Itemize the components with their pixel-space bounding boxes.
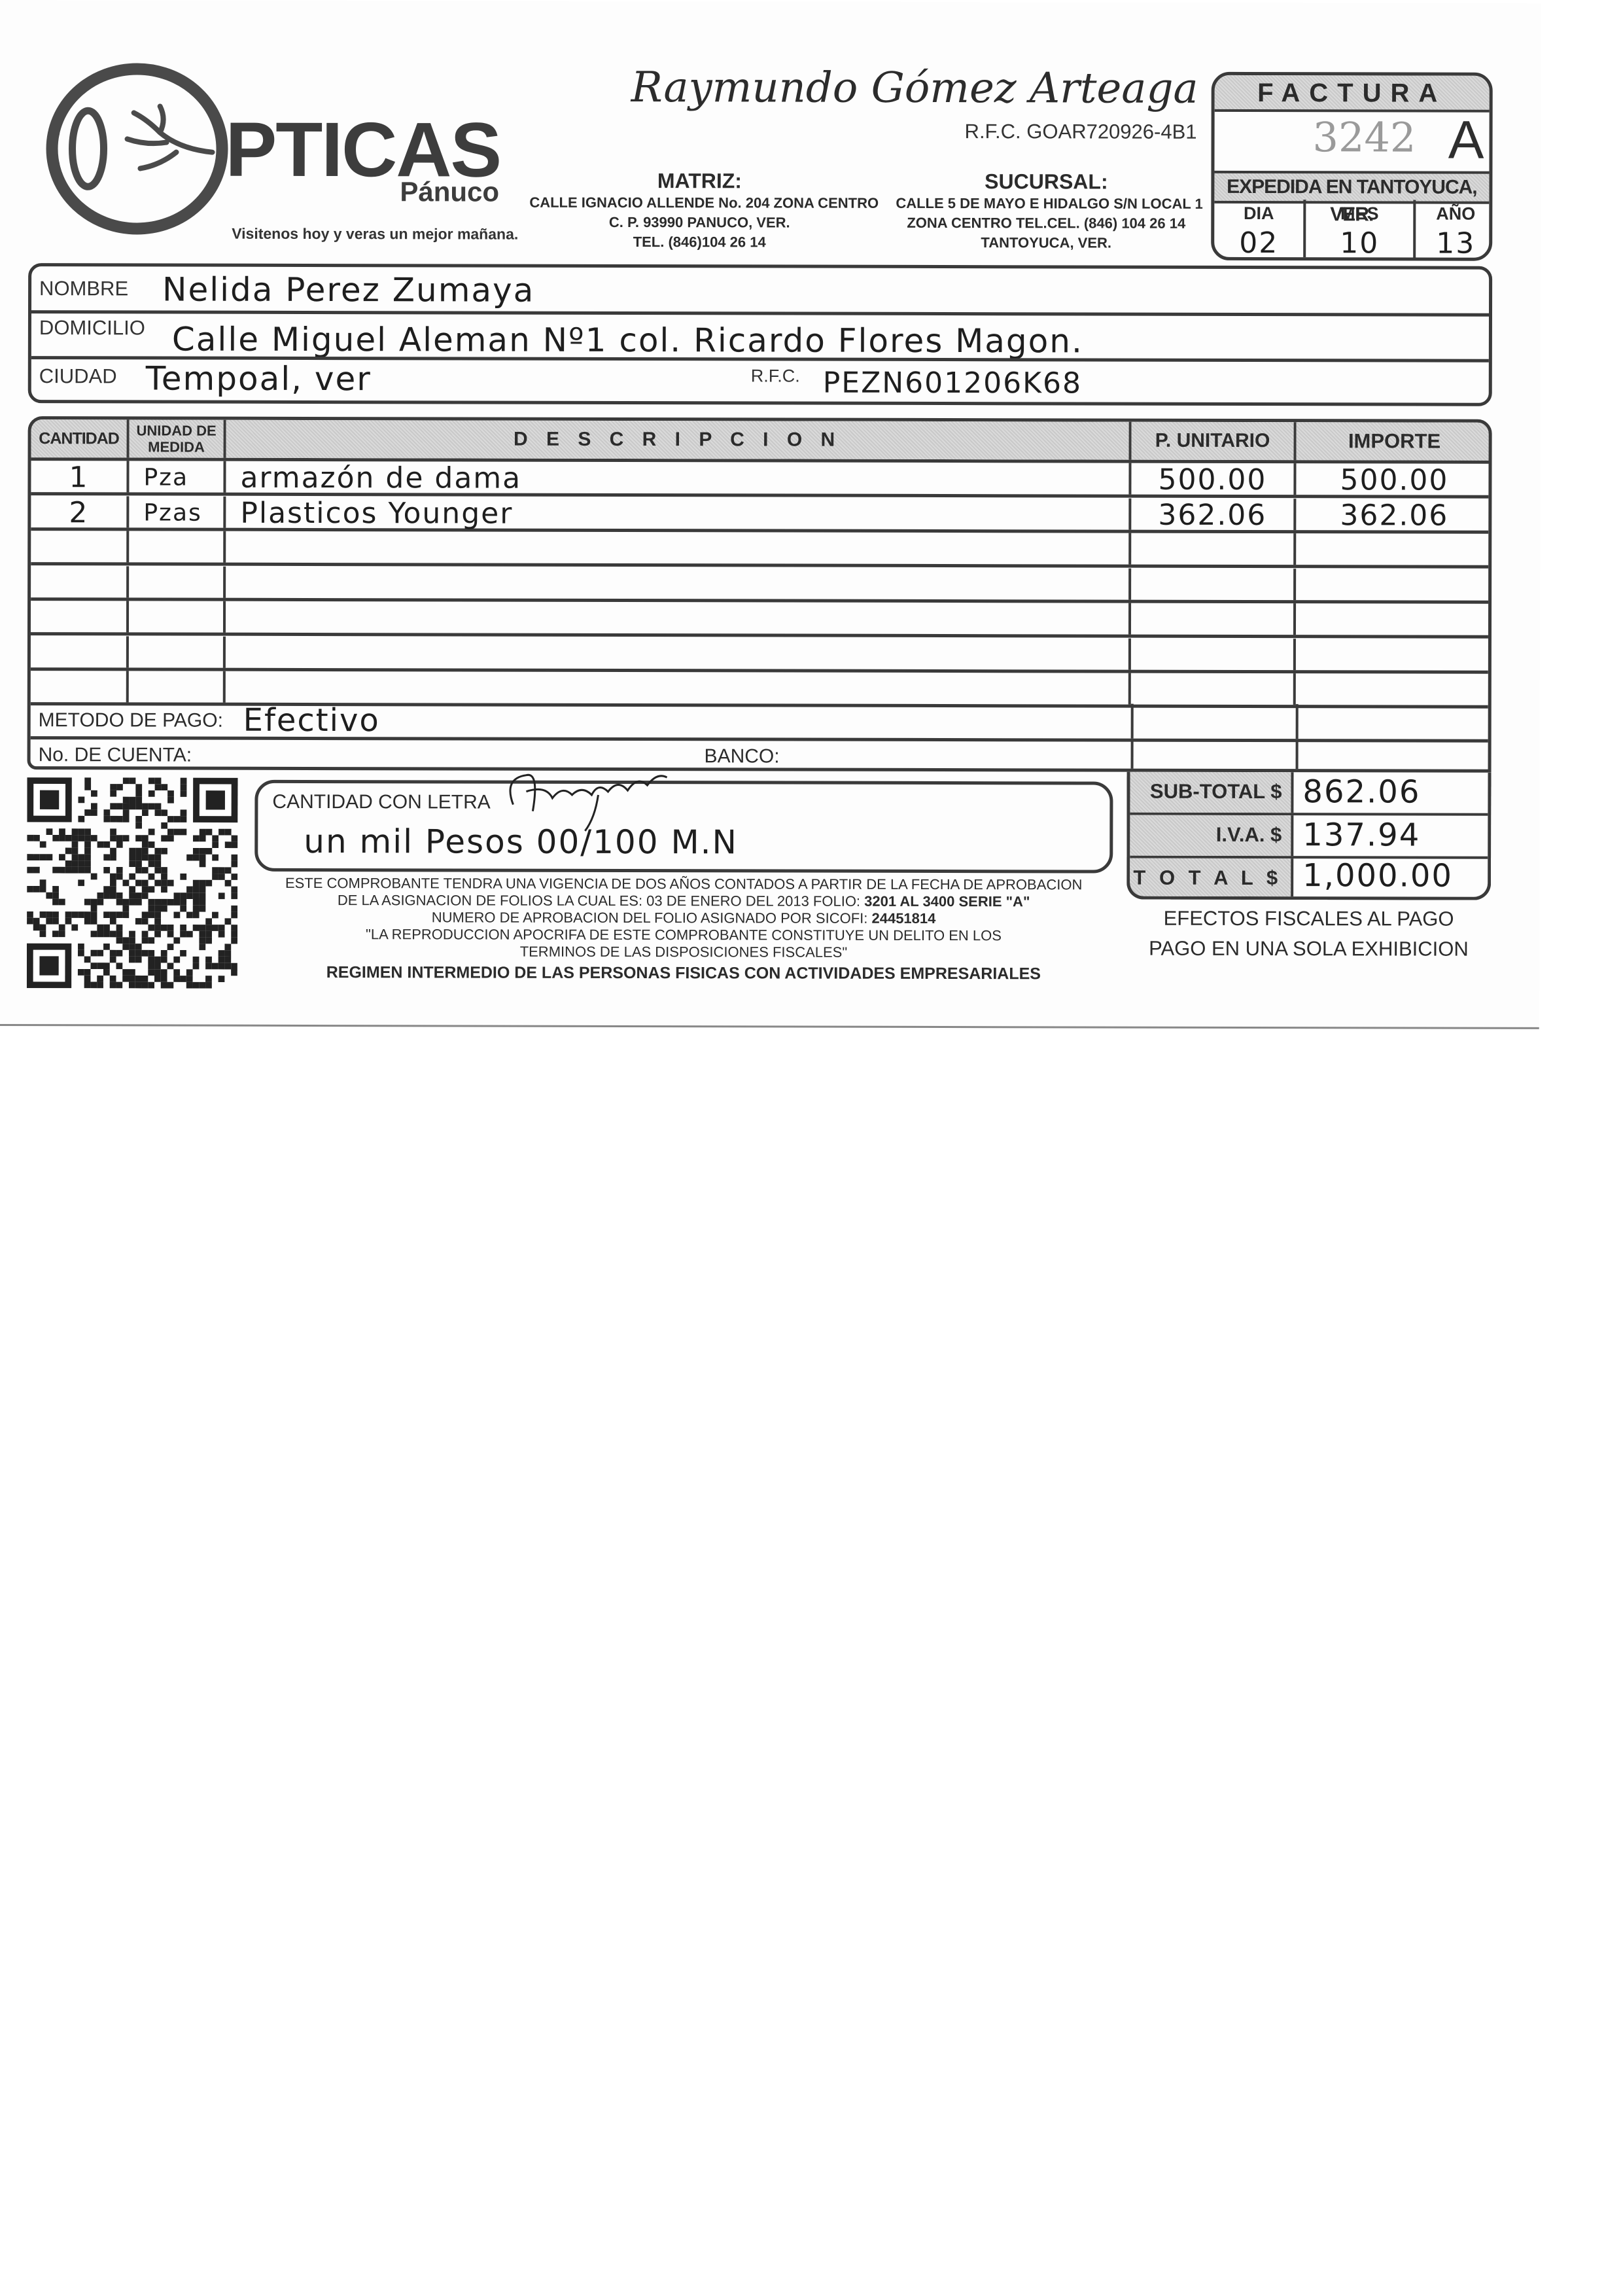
sucursal-line: TANTOYUCA, VER. <box>896 233 1196 253</box>
cell-descripcion <box>226 671 1131 705</box>
name-label: NOMBRE <box>39 277 128 300</box>
client-rfc-label: R.F.C. <box>751 366 800 386</box>
cell-descripcion <box>226 636 1131 669</box>
sucursal-line: CALLE 5 DE MAYO E HIDALGO S/N LOCAL 1 <box>896 194 1196 214</box>
legal-line: "LA REPRODUCCION APOCRIFA DE ESTE COMPRO… <box>254 926 1113 945</box>
client-name-row: NOMBRE Nelida Perez Zumaya <box>31 266 1489 315</box>
cell-cantidad <box>31 601 129 632</box>
cell-unidad <box>129 531 226 562</box>
city-label: CIUDAD <box>39 364 117 388</box>
cell-unidad: Pza <box>129 461 226 492</box>
amount-in-words-box: CANTIDAD CON LETRA un mil Pesos 00/100 M… <box>254 780 1113 874</box>
iva-row: I.V.A. $ 137.94 <box>1130 815 1488 859</box>
client-rfc: PEZN601206K68 <box>823 366 1082 400</box>
cell-importe: 500.00 <box>1296 463 1492 495</box>
factura-title: FACTURA <box>1215 75 1490 113</box>
cell-importe <box>1296 569 1492 601</box>
client-address-row: DOMICILIO Calle Miguel Aleman Nº1 col. R… <box>31 310 1489 362</box>
header-p-unitario: P. UNITARIO <box>1132 422 1297 461</box>
total-row: T O T A L $ 1,000.00 <box>1130 858 1488 900</box>
cell-unidad <box>129 636 226 667</box>
sucursal-line: ZONA CENTRO TEL.CEL. (846) 104 26 14 <box>896 213 1196 234</box>
matriz-address: MATRIZ: CALLE IGNACIO ALLENDE No. 204 ZO… <box>529 169 869 253</box>
table-row: 1Pzaarmazón de dama500.00500.00 <box>31 461 1488 499</box>
cell-p-unitario <box>1131 603 1296 635</box>
total-value: 1,000.00 <box>1302 857 1453 894</box>
fiscal-note: EFECTOS FISCALES AL PAGO <box>1126 907 1491 931</box>
client-name: Nelida Perez Zumaya <box>162 271 534 309</box>
cell-descripcion <box>226 601 1131 635</box>
matriz-line: TEL. (846)104 26 14 <box>529 232 869 253</box>
issuer-rfc: R.F.C. GOAR720926-4B1 <box>965 120 1197 144</box>
legal-line: DE LA ASIGNACION DE FOLIOS LA CUAL ES: 0… <box>254 892 1113 911</box>
invoice-paper: PTICAS Pánuco Visitenos hoy y veras un m… <box>0 0 1541 1029</box>
cell-p-unitario <box>1131 568 1296 600</box>
fiscal-notes: EFECTOS FISCALES AL PAGO PAGO EN UNA SOL… <box>1126 907 1491 961</box>
sucursal-title: SUCURSAL: <box>896 169 1196 194</box>
cell-cantidad <box>31 671 129 702</box>
total-label: T O T A L $ <box>1130 858 1293 900</box>
address-label: DOMICILIO <box>39 316 145 340</box>
table-row <box>31 531 1488 569</box>
cell-p-unitario: 500.00 <box>1131 463 1296 495</box>
totals-box: SUB-TOTAL $ 862.06 I.V.A. $ 137.94 T O T… <box>1126 772 1491 900</box>
subtotal-value: 862.06 <box>1302 773 1420 810</box>
bank-label: BANCO: <box>705 745 780 768</box>
client-city-row: CIUDAD Tempoal, ver R.F.C. PEZN601206K68 <box>31 356 1489 408</box>
fiscal-note: PAGO EN UNA SOLA EXHIBICION <box>1126 937 1491 961</box>
client-address: Calle Miguel Aleman Nº1 col. Ricardo Flo… <box>172 321 1083 361</box>
sicofi-number: 24451814 <box>871 910 935 927</box>
cell-descripcion: Plasticos Younger <box>226 496 1131 529</box>
cell-importe <box>1296 673 1492 705</box>
cell-importe: 362.06 <box>1296 499 1492 531</box>
iva-label: I.V.A. $ <box>1130 815 1293 857</box>
brand-location: Pánuco <box>400 176 499 207</box>
table-row <box>31 601 1488 639</box>
cell-cantidad: 2 <box>31 496 129 527</box>
cell-importe <box>1296 603 1492 635</box>
cell-cantidad: 1 <box>31 461 129 492</box>
date-year: AÑO 13 <box>1416 200 1493 261</box>
subtotal-row: SUB-TOTAL $ 862.06 <box>1130 772 1488 816</box>
cell-unidad <box>129 566 226 597</box>
folio-number: 3242 <box>1312 113 1416 161</box>
sucursal-address: SUCURSAL: CALLE 5 DE MAYO E HIDALGO S/N … <box>896 169 1196 253</box>
amount-in-words-value: un mil Pesos 00/100 M.N <box>304 822 738 861</box>
cell-unidad: Pzas <box>129 496 226 527</box>
cell-importe <box>1296 639 1492 671</box>
matriz-title: MATRIZ: <box>529 169 869 194</box>
account-row: No. DE CUENTA: BANCO: <box>31 737 1488 773</box>
cell-unidad <box>129 671 226 702</box>
subtotal-label: SUB-TOTAL $ <box>1130 772 1293 813</box>
table-row <box>31 566 1488 604</box>
folio-serie: A <box>1448 110 1484 171</box>
client-city: Tempoal, ver <box>146 359 372 398</box>
cell-p-unitario: 362.06 <box>1131 498 1296 530</box>
legal-text-part: NUMERO DE APROBACION DEL FOLIO ASIGNADO … <box>432 909 872 926</box>
payment-method-value: Efectivo <box>243 702 380 739</box>
date-month: MES 10 <box>1306 200 1416 261</box>
amount-in-words-label: CANTIDAD CON LETRA <box>272 791 490 814</box>
account-label: No. DE CUENTA: <box>39 744 192 766</box>
cell-cantidad <box>31 566 129 597</box>
cell-p-unitario <box>1131 533 1296 565</box>
payment-method-label: METODO DE PAGO: <box>39 709 223 732</box>
month-value: 10 <box>1306 226 1413 260</box>
divider <box>1131 740 1134 773</box>
legal-text: ESTE COMPROBANTE TENDRA UNA VIGENCIA DE … <box>254 875 1113 983</box>
divider <box>1131 704 1134 739</box>
iva-value: 137.94 <box>1302 817 1420 853</box>
header-unidad: UNIDAD DE MEDIDA <box>130 419 226 457</box>
month-label: MES <box>1306 203 1413 224</box>
cell-descripcion <box>226 566 1131 599</box>
divider <box>1296 740 1299 773</box>
legal-line: ESTE COMPROBANTE TENDRA UNA VIGENCIA DE … <box>254 875 1113 894</box>
header-importe: IMPORTE <box>1297 422 1492 461</box>
divider <box>1296 704 1299 739</box>
date-day: DIA 02 <box>1214 200 1306 261</box>
year-label: AÑO <box>1416 204 1492 224</box>
table-row <box>31 636 1488 674</box>
items-table: CANTIDAD UNIDAD DE MEDIDA D E S C R I P … <box>27 416 1492 773</box>
payment-method-row: METODO DE PAGO: Efectivo <box>31 701 1488 743</box>
items-header: CANTIDAD UNIDAD DE MEDIDA D E S C R I P … <box>31 419 1489 464</box>
table-row: 2PzasPlasticos Younger362.06362.06 <box>31 496 1488 534</box>
legal-line: NUMERO DE APROBACION DEL FOLIO ASIGNADO … <box>254 909 1113 928</box>
cell-importe <box>1296 533 1492 565</box>
eye-logo-icon <box>35 60 232 238</box>
day-value: 02 <box>1214 226 1303 260</box>
cell-cantidad <box>31 636 129 667</box>
header-descripcion: D E S C R I P C I O N <box>226 420 1132 460</box>
cell-p-unitario <box>1131 673 1296 705</box>
cell-descripcion: armazón de dama <box>226 461 1131 495</box>
regimen: REGIMEN INTERMEDIO DE LAS PERSONAS FISIC… <box>254 964 1113 983</box>
cell-descripcion <box>226 531 1131 565</box>
factura-box: FACTURA 3242 A EXPEDIDA EN TANTOYUCA, VE… <box>1211 72 1493 261</box>
cell-p-unitario <box>1131 638 1296 670</box>
year-value: 13 <box>1416 227 1493 260</box>
client-info: NOMBRE Nelida Perez Zumaya DOMICILIO Cal… <box>28 263 1492 406</box>
issuer-name: Raymundo Gómez Arteaga <box>631 63 1198 113</box>
matriz-line: C. P. 93990 PANUCO, VER. <box>529 213 869 233</box>
folio-range: 3201 AL 3400 SERIE "A" <box>864 893 1030 910</box>
legal-text-part: DE LA ASIGNACION DE FOLIOS LA CUAL ES: 0… <box>338 892 864 910</box>
cell-cantidad <box>31 531 129 562</box>
legal-line: TERMINOS DE LAS DISPOSICIONES FISCALES" <box>254 943 1113 962</box>
brand-slogan: Visitenos hoy y veras un mejor mañana. <box>232 225 518 243</box>
day-label: DIA <box>1214 203 1303 224</box>
header-cantidad: CANTIDAD <box>31 419 130 457</box>
qr-code-icon <box>27 777 238 989</box>
cell-unidad <box>129 601 226 632</box>
matriz-line: CALLE IGNACIO ALLENDE No. 204 ZONA CENTR… <box>529 193 869 213</box>
